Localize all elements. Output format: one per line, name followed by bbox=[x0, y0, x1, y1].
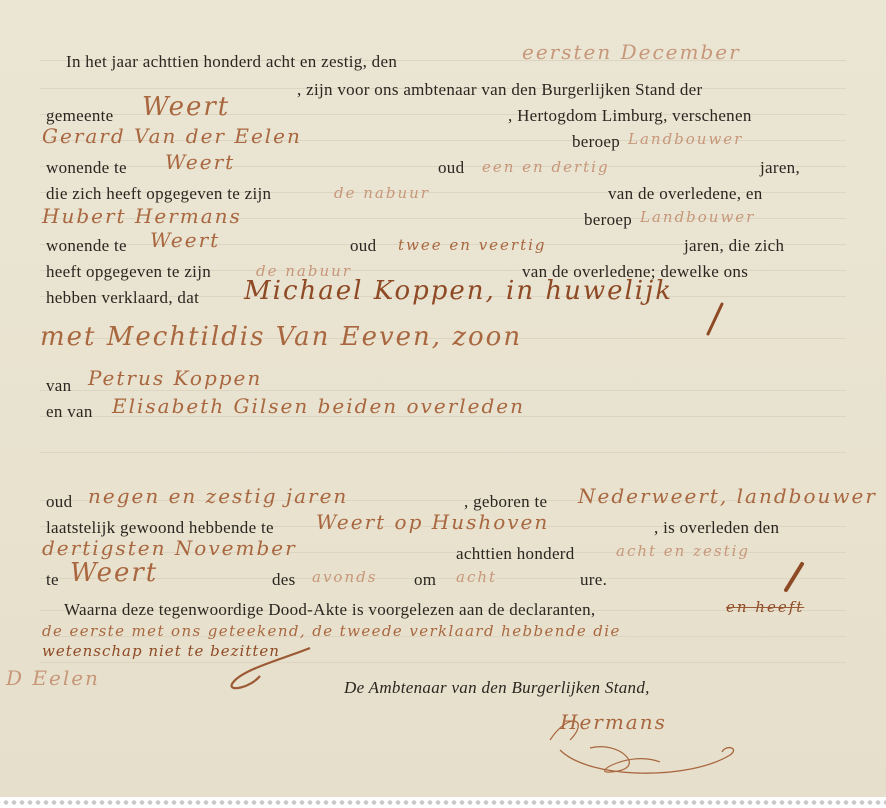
handwritten-date: eersten December bbox=[522, 40, 741, 64]
printed-text: die zich heeft opgegeven te zijn bbox=[46, 184, 271, 204]
handwritten-occupation: Landbouwer bbox=[628, 130, 743, 148]
handwritten-hour: acht bbox=[456, 568, 497, 586]
handwritten-relation: de nabuur bbox=[334, 184, 430, 202]
ink-flourish-icon bbox=[220, 640, 320, 692]
printed-text: oud bbox=[438, 158, 464, 178]
printed-text: jaren, die zich bbox=[684, 236, 784, 256]
pen-stroke-icon bbox=[700, 300, 730, 340]
handwritten-struck-text: en heeft bbox=[726, 598, 804, 616]
printed-text: oud bbox=[350, 236, 376, 256]
signature-flourish-icon bbox=[530, 700, 760, 780]
declarant-signature: D Eelen bbox=[6, 666, 100, 690]
official-title: De Ambtenaar van den Burgerlijken Stand, bbox=[344, 678, 650, 698]
handwritten-residence: Weert bbox=[150, 228, 220, 252]
printed-text: gemeente bbox=[46, 106, 114, 126]
printed-text: , Hertogdom Limburg, verschenen bbox=[508, 106, 752, 126]
document-page: In het jaar achttien honderd acht en zes… bbox=[0, 0, 886, 797]
printed-text: jaren, bbox=[760, 158, 800, 178]
pen-stroke-icon bbox=[780, 560, 810, 600]
handwritten-last-residence: Weert op Hushoven bbox=[316, 510, 549, 534]
handwritten-declarant2-name: Hubert Hermans bbox=[42, 204, 242, 228]
handwritten-municipality: Weert bbox=[142, 92, 230, 122]
handwritten-note: de eerste met ons geteekend, de tweede v… bbox=[42, 622, 621, 640]
handwritten-time-of-day: avonds bbox=[312, 568, 377, 586]
printed-text: , is overleden den bbox=[654, 518, 779, 538]
handwritten-age: een en dertig bbox=[482, 158, 610, 176]
printed-text: heeft opgegeven te zijn bbox=[46, 262, 211, 282]
handwritten-death-date: dertigsten November bbox=[42, 536, 297, 560]
printed-text: laatstelijk gewoond hebbende te bbox=[46, 518, 274, 538]
handwritten-birthplace: Nederweert, landbouwer bbox=[578, 484, 877, 508]
printed-text: om bbox=[414, 570, 436, 590]
printed-text: wonende te bbox=[46, 158, 127, 178]
printed-text: van bbox=[46, 376, 71, 396]
handwritten-age: negen en zestig jaren bbox=[88, 484, 348, 508]
printed-text: oud bbox=[46, 492, 72, 512]
handwritten-spouse: met Mechtildis Van Eeven, zoon bbox=[40, 322, 522, 352]
printed-text: , geboren te bbox=[464, 492, 547, 512]
printed-text: beroep bbox=[584, 210, 632, 230]
printed-text: hebben verklaard, dat bbox=[46, 288, 199, 308]
printed-text: beroep bbox=[572, 132, 620, 152]
printed-text: te bbox=[46, 570, 59, 590]
page-edge-perforation bbox=[0, 797, 886, 808]
printed-text: van de overledene, en bbox=[608, 184, 763, 204]
printed-text: achttien honderd bbox=[456, 544, 575, 564]
handwritten-death-place: Weert bbox=[70, 558, 158, 588]
printed-text: Waarna deze tegenwoordige Dood-Akte is v… bbox=[64, 600, 595, 620]
printed-text: en van bbox=[46, 402, 93, 422]
handwritten-deceased-name: Michael Koppen, in huwelijk bbox=[244, 276, 673, 306]
handwritten-age: twee en veertig bbox=[398, 236, 547, 254]
handwritten-year: acht en zestig bbox=[616, 542, 750, 560]
handwritten-declarant1-name: Gerard Van der Eelen bbox=[42, 124, 302, 148]
printed-text: ure. bbox=[580, 570, 607, 590]
handwritten-father: Petrus Koppen bbox=[88, 366, 262, 390]
printed-text: , zijn voor ons ambtenaar van den Burger… bbox=[297, 80, 703, 100]
printed-text: des bbox=[272, 570, 296, 590]
handwritten-occupation: Landbouwer bbox=[640, 208, 755, 226]
handwritten-residence: Weert bbox=[165, 150, 235, 174]
printed-text: In het jaar achttien honderd acht en zes… bbox=[66, 52, 397, 72]
printed-text: wonende te bbox=[46, 236, 127, 256]
handwritten-mother: Elisabeth Gilsen beiden overleden bbox=[112, 394, 525, 418]
